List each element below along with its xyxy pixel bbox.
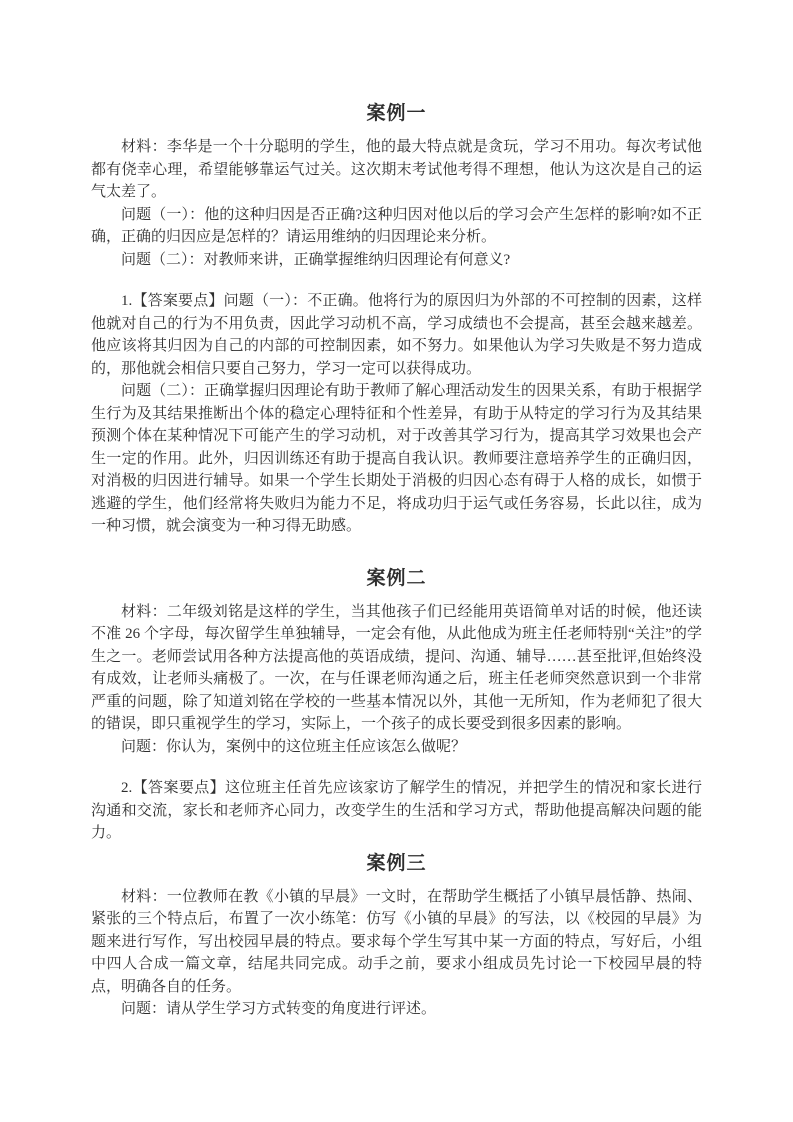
case-1-answer-paragraph-2: 问题（二）：正确掌握归因理论有助于教师了解心理活动发生的因果关系，有助于根据学生… [91, 380, 702, 538]
case-1-answer-paragraph-1: 1.【答案要点】问题（一）：不正确。他将行为的原因归为外部的不可控制的因素，这样… [91, 290, 702, 380]
case-2-question-paragraph: 问题：你认为，案例中的这位班主任应该怎么做呢？ [91, 736, 702, 759]
case-1-question-1-paragraph: 问题（一）：他的这种归因是否正确?这种归因对他以后的学习会产生怎样的影响?如不正… [91, 204, 702, 249]
case-1-question-2-paragraph: 问题（二）：对教师来讲，正确掌握维纳归因理论有何意义? [91, 249, 702, 272]
case-3-question-paragraph: 问题：请从学生学习方式转变的角度进行评述。 [91, 998, 702, 1021]
case-2-answer-paragraph: 2.【答案要点】这位班主任首先应该家访了解学生的情况，并把学生的情况和家长进行沟… [91, 777, 702, 845]
case-1-material-paragraph: 材料：李华是一个十分聪明的学生，他的最大特点就是贪玩，学习不用功。每次考试他都有… [91, 136, 702, 204]
document-page: 案例一 材料：李华是一个十分聪明的学生，他的最大特点就是贪玩，学习不用功。每次考… [0, 0, 793, 1122]
case-2-material-paragraph: 材料：二年级刘铭是这样的学生，当其他孩子们已经能用英语简单对话的时候，他还读不准… [91, 601, 702, 736]
case-2-title: 案例二 [91, 566, 702, 592]
case-1-title: 案例一 [91, 101, 702, 127]
case-3-material-paragraph: 材料：一位教师在教《小镇的早晨》一文时，在帮助学生概括了小镇早晨恬静、热闹、紧张… [91, 886, 702, 999]
case-section-3: 案例三 材料：一位教师在教《小镇的早晨》一文时，在帮助学生概括了小镇早晨恬静、热… [91, 851, 702, 1021]
case-section-2: 案例二 材料：二年级刘铭是这样的学生，当其他孩子们已经能用英语简单对话的时候，他… [91, 566, 702, 845]
case-3-title: 案例三 [91, 851, 702, 877]
case-section-1: 案例一 材料：李华是一个十分聪明的学生，他的最大特点就是贪玩，学习不用功。每次考… [91, 101, 702, 538]
